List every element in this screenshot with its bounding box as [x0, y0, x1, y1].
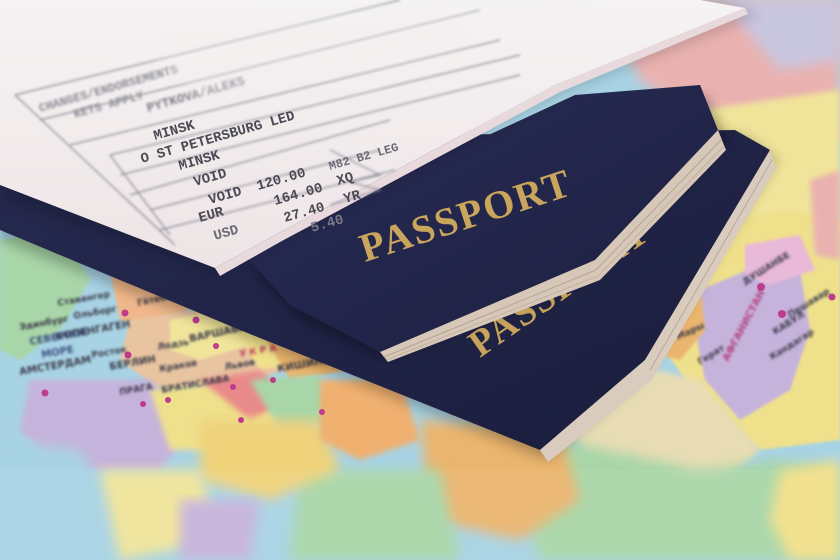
photo-scene: Ставангер Ольборг Гётеборг Эдинбург СЕВЕ…	[0, 0, 840, 560]
photo-illustration: Ставангер Ольборг Гётеборг Эдинбург СЕВЕ…	[0, 0, 840, 560]
